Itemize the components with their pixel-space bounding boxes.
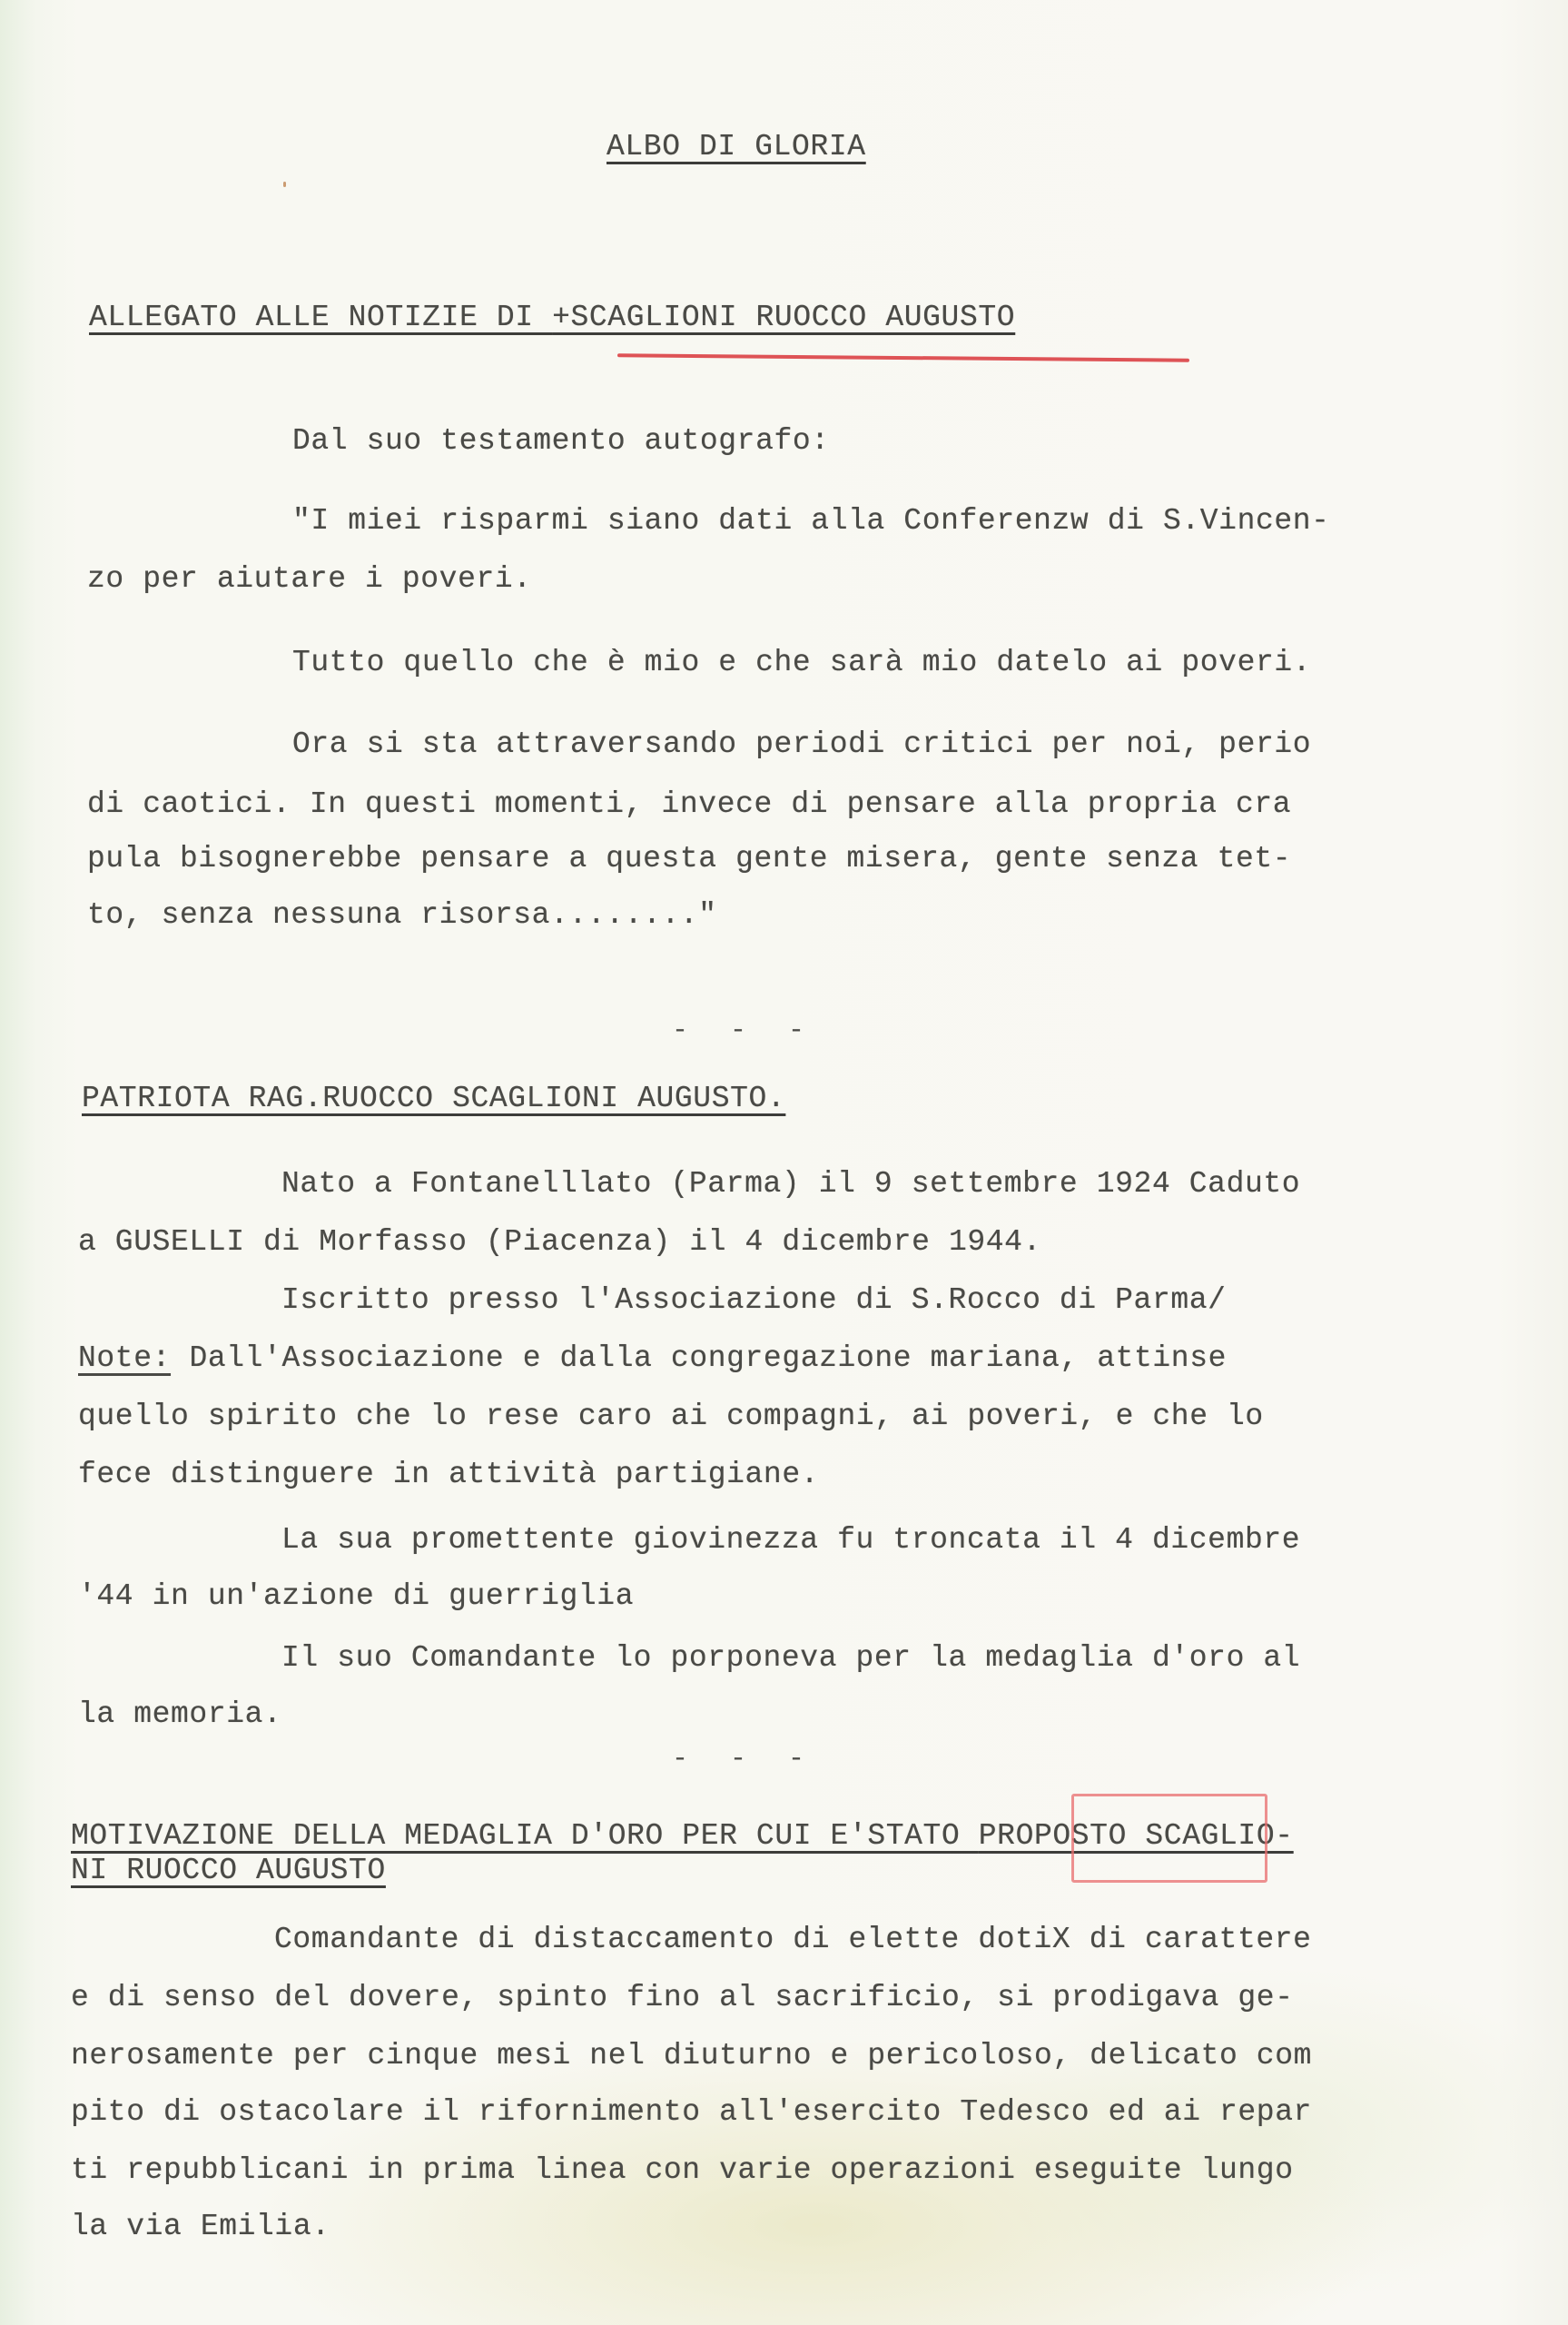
section1-line: Tutto quello che è mio e che sarà mio da… — [292, 645, 1311, 681]
section3-heading-line2: NI RUOCCO AUGUSTO — [71, 1853, 386, 1889]
section2-line: la memoria. — [78, 1697, 281, 1733]
section2-note-line: Note: Dall'Associazione e dalla congrega… — [78, 1341, 1227, 1377]
note-label: Note: — [78, 1341, 171, 1375]
section2-line: Nato a Fontanelllato (Parma) il 9 settem… — [281, 1166, 1300, 1202]
red-pencil-box — [1071, 1794, 1267, 1883]
section3-line: e di senso del dovere, spinto fino al sa… — [71, 1980, 1294, 2016]
red-pencil-underline — [617, 353, 1189, 361]
section3-line: la via Emilia. — [71, 2209, 330, 2245]
section1-line: zo per aiutare i poveri. — [87, 561, 532, 598]
section3-line: Comandante di distaccamento di elette do… — [274, 1922, 1312, 1958]
section-separator: - - - — [672, 1015, 817, 1046]
section3-line: nerosamente per cinque mesi nel diuturno… — [71, 2038, 1312, 2074]
section2-line: quello spirito che lo rese caro ai compa… — [78, 1399, 1264, 1435]
section3-heading-part1: MOTIVAZIONE DELLA MEDAGLIA D'ORO PER CUI… — [71, 1819, 979, 1853]
note-text: Dall'Associazione e dalla congregazione … — [189, 1341, 1227, 1375]
section2-heading: PATRIOTA RAG.RUOCCO SCAGLIONI AUGUSTO. — [82, 1081, 785, 1117]
section1-line: Dal suo testamento autografo: — [292, 423, 830, 460]
section2-line: La sua promettente giovinezza fu troncat… — [281, 1522, 1300, 1558]
section1-heading-prefix: ALLEGATO ALLE NOTIZIE DI — [89, 301, 552, 334]
section2-line: a GUSELLI di Morfasso (Piacenza) il 4 di… — [78, 1224, 1041, 1261]
section2-line: fece distinguere in attività partigiane. — [78, 1457, 819, 1493]
section1-line: pula bisognerebbe pensare a questa gente… — [87, 841, 1291, 877]
section1-line: di caotici. In questi momenti, invece di… — [87, 787, 1291, 823]
section2-line: '44 in un'azione di guerriglia — [78, 1578, 634, 1615]
document-title: ALBO DI GLORIA — [606, 129, 866, 165]
section1-line: Ora si sta attraversando periodi critici… — [292, 727, 1311, 763]
section1-line: to, senza nessuna risorsa........" — [87, 897, 717, 934]
section1-line: "I miei risparmi siano dati alla Confere… — [292, 503, 1330, 539]
section3-line: pito di ostacolare il rifornimento all'e… — [71, 2094, 1312, 2131]
section2-line: Iscritto presso l'Associazione di S.Rocc… — [281, 1282, 1227, 1319]
section1-heading: ALLEGATO ALLE NOTIZIE DI +SCAGLIONI RUOC… — [89, 300, 1015, 336]
typewritten-page: ALBO DI GLORIA ALLEGATO ALLE NOTIZIE DI … — [0, 0, 1568, 2325]
paper-speck — [283, 182, 286, 187]
section1-heading-name: +SCAGLIONI RUOCCO AUGUSTO — [552, 301, 1015, 334]
section2-line: Il suo Comandante lo porponeva per la me… — [281, 1640, 1300, 1677]
section-separator: - - - — [672, 1744, 817, 1775]
section3-line: ti repubblicani in prima linea con varie… — [71, 2152, 1294, 2189]
